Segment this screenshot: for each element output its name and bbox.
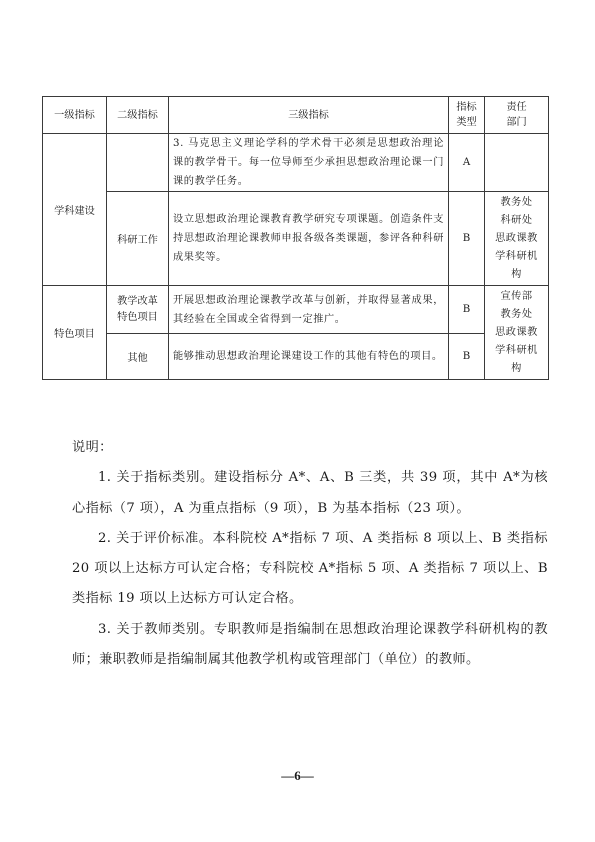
- note-item: 3. 关于教师类别。专职教师是指编制在思想政治理论课教学科研机构的教师；兼职教师…: [72, 615, 548, 676]
- dept-line: 构: [489, 360, 544, 378]
- header-level2: 二级指标: [107, 97, 169, 134]
- level3-cell: 开展思想政治理论课教学改革与创新，并取得显著成果，其经验在全国或全省得到一定推广…: [169, 286, 449, 334]
- header-dept-line2: 部门: [489, 115, 544, 130]
- header-level1: 一级指标: [43, 97, 107, 134]
- dept-cell-empty: [485, 134, 549, 192]
- table-row: 其他 能够推动思想政治理论课建设工作的其他有特色的项目。 B: [43, 334, 549, 380]
- level2-cell-other: 其他: [107, 334, 169, 380]
- page-number: —6—: [0, 768, 595, 784]
- level2-line: 特色项目: [111, 310, 164, 326]
- notes-section: 说明： 1. 关于指标类别。建设指标分 A*、A、B 三类，共 39 项，其中 …: [72, 433, 548, 675]
- dept-line: 学科研机: [489, 248, 544, 266]
- type-cell: B: [449, 334, 485, 380]
- indicator-table: 一级指标 二级指标 三级指标 指标 类型 责任 部门 学科建设 3. 马克思主义…: [42, 96, 549, 380]
- note-item: 2. 关于评价标准。本科院校 A*指标 7 项、A 类指标 8 项以上、B 类指…: [72, 524, 548, 615]
- table-row: 科研工作 设立思想政治理论课教育教学研究专项课题。创造条件支持思想政治理论课教师…: [43, 192, 549, 286]
- header-dept-line1: 责任: [489, 100, 544, 115]
- header-type-line1: 指标: [453, 100, 480, 115]
- dept-line: 构: [489, 266, 544, 284]
- level2-cell-empty: [107, 134, 169, 192]
- level2-cell-research: 科研工作: [107, 192, 169, 286]
- level3-cell: 设立思想政治理论课教育教学研究专项课题。创造条件支持思想政治理论课教师申报各级各…: [169, 192, 449, 286]
- level3-cell: 能够推动思想政治理论课建设工作的其他有特色的项目。: [169, 334, 449, 380]
- note-item: 1. 关于指标类别。建设指标分 A*、A、B 三类，共 39 项，其中 A*为核…: [72, 463, 548, 524]
- dept-line: 教务处: [489, 306, 544, 324]
- level2-cell-reform: 教学改革 特色项目: [107, 286, 169, 334]
- header-dept: 责任 部门: [485, 97, 549, 134]
- dept-line: 思政课教: [489, 324, 544, 342]
- header-type: 指标 类型: [449, 97, 485, 134]
- type-cell: A: [449, 134, 485, 192]
- type-cell: B: [449, 192, 485, 286]
- notes-title: 说明：: [72, 433, 548, 463]
- table-row: 特色项目 教学改革 特色项目 开展思想政治理论课教学改革与创新，并取得显著成果，…: [43, 286, 549, 334]
- type-cell: B: [449, 286, 485, 334]
- dept-line: 教务处: [489, 194, 544, 212]
- dept-line: 学科研机: [489, 342, 544, 360]
- dept-cell: 教务处 科研处 思政课教 学科研机 构: [485, 192, 549, 286]
- header-level3: 三级指标: [169, 97, 449, 134]
- header-type-line2: 类型: [453, 115, 480, 130]
- level1-cell-featured: 特色项目: [43, 286, 107, 380]
- level2-line: 教学改革: [111, 294, 164, 310]
- table-row: 学科建设 3. 马克思主义理论学科的学术骨干必须是思想政治理论课的教学骨干。每一…: [43, 134, 549, 192]
- dept-cell: 宣传部 教务处 思政课教 学科研机 构: [485, 286, 549, 380]
- dept-line: 科研处: [489, 212, 544, 230]
- table-header-row: 一级指标 二级指标 三级指标 指标 类型 责任 部门: [43, 97, 549, 134]
- dept-line: 思政课教: [489, 230, 544, 248]
- dept-line: 宣传部: [489, 288, 544, 306]
- level3-cell: 3. 马克思主义理论学科的学术骨干必须是思想政治理论课的教学骨干。每一位导师至少…: [169, 134, 449, 192]
- level1-cell-discipline: 学科建设: [43, 134, 107, 286]
